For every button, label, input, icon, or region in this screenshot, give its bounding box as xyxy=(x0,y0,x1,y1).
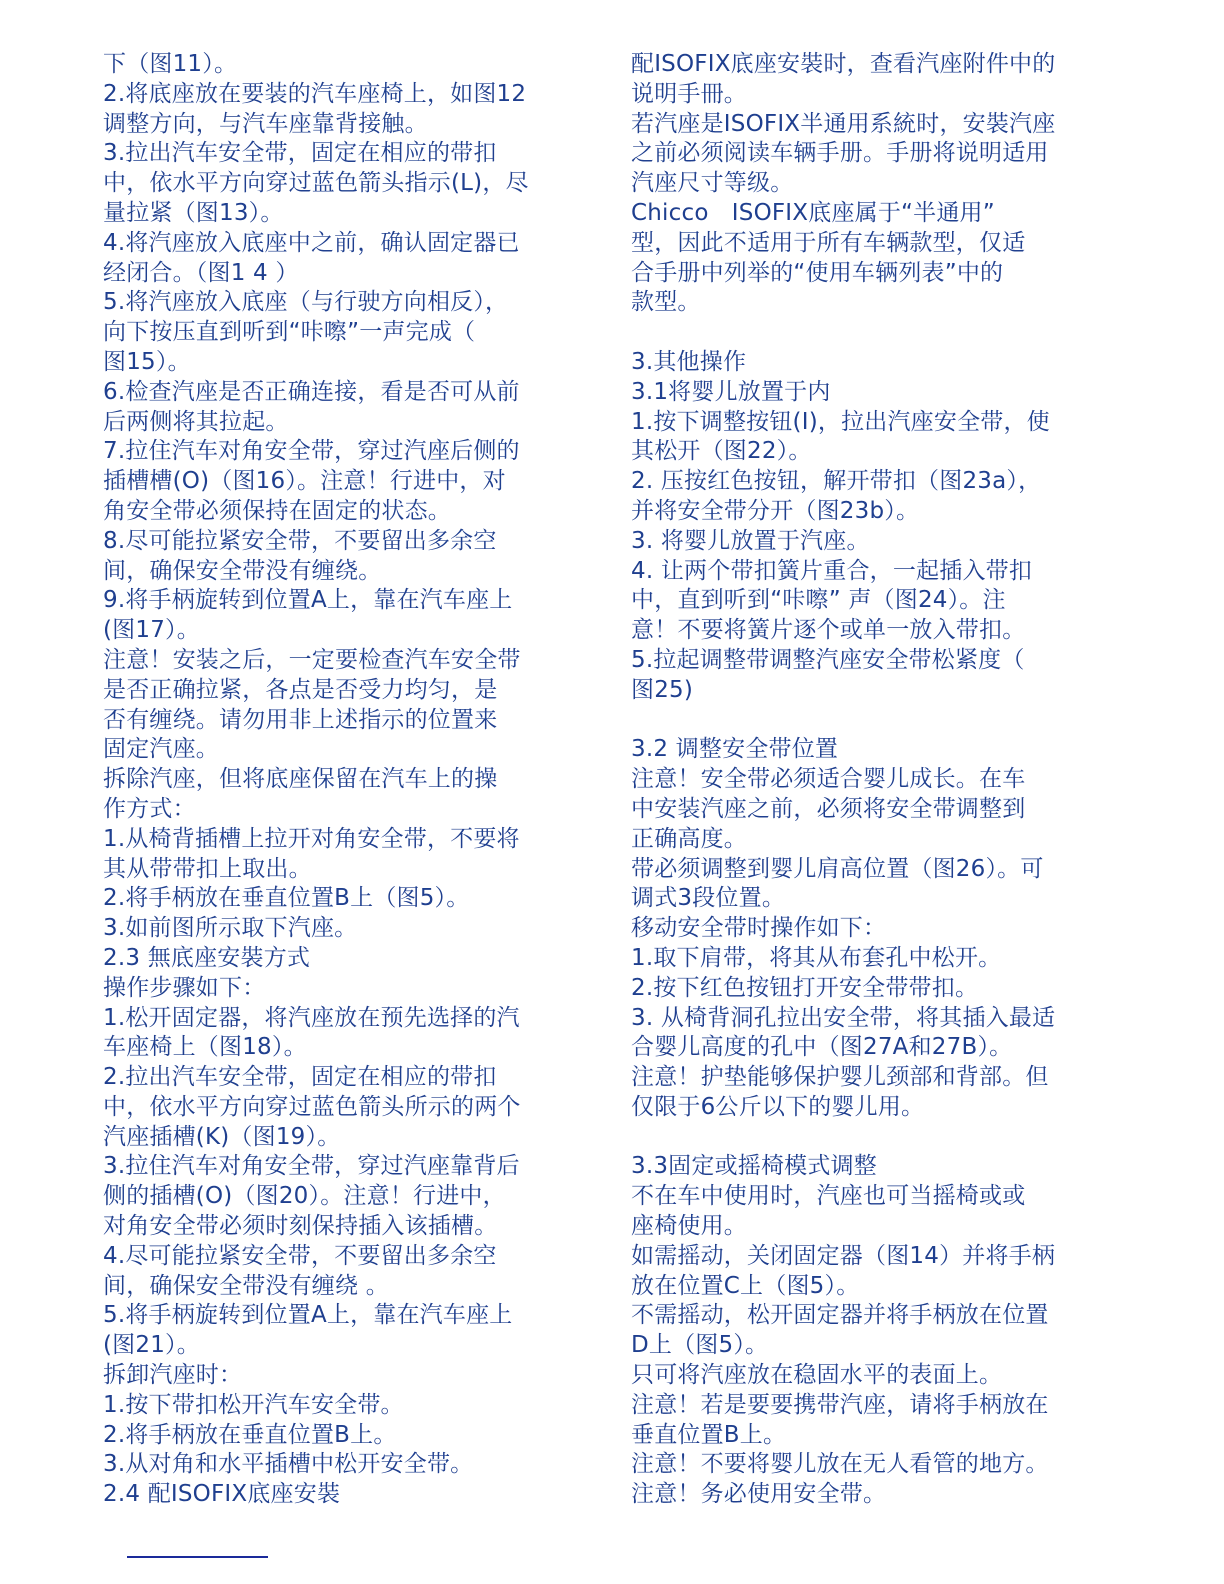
text-line: 角安全带必须保持在固定的状态。 xyxy=(103,497,583,527)
text-line: 合手册中列举的“使用车辆列表”中的 xyxy=(631,259,1116,289)
text-line: 5.拉起调整带调整汽座安全带松紧度（ xyxy=(631,646,1116,676)
text-line: 经闭合。（图1 4 ） xyxy=(103,259,583,289)
text-line: 3.如前图所示取下汽座。 xyxy=(103,914,583,944)
text-line: 其松开（图22）。 xyxy=(631,437,1116,467)
text-line: 中，依水平方向穿过蓝色箭头所示的两个 xyxy=(103,1093,583,1123)
text-line: 不需摇动，松开固定器并将手柄放在位置 xyxy=(631,1301,1116,1331)
text-line: 2.将手柄放在垂直位置B上（图5）。 xyxy=(103,884,583,914)
text-line: 6.检查汽座是否正确连接，看是否可从前 xyxy=(103,378,583,408)
text-line: 3. 将婴儿放置于汽座。 xyxy=(631,527,1116,557)
paragraph-spacer xyxy=(631,706,1116,736)
text-line: 型，因此不适用于所有车辆款型，仅适 xyxy=(631,229,1116,259)
text-line: 3.1将婴儿放置于内 xyxy=(631,378,1116,408)
text-line: 注意！务必使用安全带。 xyxy=(631,1480,1116,1510)
text-line: Chicco ISOFIX底座属于“半通用” xyxy=(631,199,1116,229)
text-line: 固定汽座。 xyxy=(103,735,583,765)
text-line: 座椅使用。 xyxy=(631,1212,1116,1242)
text-line: 1.取下肩带，将其从布套孔中松开。 xyxy=(631,944,1116,974)
text-line: 注意！安装之后，一定要检查汽车安全带 xyxy=(103,646,583,676)
text-line: 1.松开固定器，将汽座放在预先选择的汽 xyxy=(103,1004,583,1034)
text-line: 汽座尺寸等级。 xyxy=(631,169,1116,199)
text-line: 作方式： xyxy=(103,795,583,825)
text-line: 2.将手柄放在垂直位置B上。 xyxy=(103,1421,583,1451)
text-line: 垂直位置B上。 xyxy=(631,1421,1116,1451)
paragraph-spacer xyxy=(631,318,1116,348)
text-line: 3.从对角和水平插槽中松开安全带。 xyxy=(103,1450,583,1480)
text-line: 9.将手柄旋转到位置A上，靠在汽车座上 xyxy=(103,586,583,616)
text-line: 插槽槽(O)（图16）。注意！行进中，对 xyxy=(103,467,583,497)
text-line: 侧的插槽(O)（图20）。注意！行进中， xyxy=(103,1182,583,1212)
text-line: 2.按下红色按钮打开安全带带扣。 xyxy=(631,974,1116,1004)
text-line: 合婴儿高度的孔中（图27A和27B）。 xyxy=(631,1033,1116,1063)
text-line: 车座椅上（图18）。 xyxy=(103,1033,583,1063)
text-line: (图21）。 xyxy=(103,1331,583,1361)
text-line: 2.将底座放在要装的汽车座椅上，如图12 xyxy=(103,80,583,110)
text-line: 注意！安全带必须适合婴儿成长。在车 xyxy=(631,765,1116,795)
text-line: 1.按下调整按钮(I)，拉出汽座安全带，使 xyxy=(631,408,1116,438)
text-line: 调式3段位置。 xyxy=(631,884,1116,914)
left-column: 下（图11）。2.将底座放在要装的汽车座椅上，如图12调整方向，与汽车座靠背接触… xyxy=(103,50,583,1510)
text-line: (图17）。 xyxy=(103,616,583,646)
text-line: D上（图5）。 xyxy=(631,1331,1116,1361)
text-line: 仅限于6公斤以下的婴儿用。 xyxy=(631,1093,1116,1123)
text-line: 向下按压直到听到“咔嚓”一声完成（ xyxy=(103,318,583,348)
text-line: 7.拉住汽车对角安全带，穿过汽座后侧的 xyxy=(103,437,583,467)
text-line: 说明手冊。 xyxy=(631,80,1116,110)
text-line: 只可将汽座放在稳固水平的表面上。 xyxy=(631,1361,1116,1391)
text-line: 放在位置C上（图5）。 xyxy=(631,1272,1116,1302)
text-line: 图15）。 xyxy=(103,348,583,378)
text-line: 配ISOFIX底座安裝时，查看汽座附件中的 xyxy=(631,50,1116,80)
text-line: 注意！不要将婴儿放在无人看管的地方。 xyxy=(631,1450,1116,1480)
text-line: 其从带带扣上取出。 xyxy=(103,855,583,885)
text-line: 中，直到听到“咔嚓” 声（图24）。注 xyxy=(631,586,1116,616)
text-line: 对角安全带必须时刻保持插入该插槽。 xyxy=(103,1212,583,1242)
text-line: 4.将汽座放入底座中之前，确认固定器已 xyxy=(103,229,583,259)
text-line: 拆卸汽座时： xyxy=(103,1361,583,1391)
text-line: 3.拉住汽车对角安全带，穿过汽座靠背后 xyxy=(103,1152,583,1182)
text-line: 如需摇动，关闭固定器（图14）并将手柄 xyxy=(631,1242,1116,1272)
text-line: 间，确保安全带没有缠绕 。 xyxy=(103,1272,583,1302)
text-line: 带必须调整到婴儿肩高位置（图26）。可 xyxy=(631,855,1116,885)
text-line: 汽座插槽(K)（图19）。 xyxy=(103,1123,583,1153)
right-column: 配ISOFIX底座安裝时，查看汽座附件中的说明手冊。若汽座是ISOFIX半通用系… xyxy=(631,50,1116,1510)
text-line: 否有缠绕。请勿用非上述指示的位置来 xyxy=(103,706,583,736)
text-line: 3.3固定或摇椅模式调整 xyxy=(631,1152,1116,1182)
text-line: 之前必须阅读车辆手册。手册将说明适用 xyxy=(631,139,1116,169)
text-line: 5.将手柄旋转到位置A上，靠在汽车座上 xyxy=(103,1301,583,1331)
text-line: 不在车中使用时，汽座也可当摇椅或或 xyxy=(631,1182,1116,1212)
text-line: 意！不要将簧片逐个或单一放入带扣。 xyxy=(631,616,1116,646)
text-line: 3.2 调整安全带位置 xyxy=(631,735,1116,765)
text-line: 3.其他操作 xyxy=(631,348,1116,378)
text-line: 4. 让两个带扣簧片重合，一起插入带扣 xyxy=(631,557,1116,587)
text-line: 调整方向，与汽车座靠背接触。 xyxy=(103,110,583,140)
text-line: 正确高度。 xyxy=(631,825,1116,855)
text-line: 1.从椅背插槽上拉开对角安全带，不要将 xyxy=(103,825,583,855)
text-line: 4.尽可能拉紧安全带，不要留出多余空 xyxy=(103,1242,583,1272)
text-line: 若汽座是ISOFIX半通用系統时，安裝汽座 xyxy=(631,110,1116,140)
footnote-divider xyxy=(127,1556,268,1558)
text-line: 图25) xyxy=(631,676,1116,706)
text-line: 2. 压按红色按钮，解开带扣（图23a）， xyxy=(631,467,1116,497)
text-line: 5.将汽座放入底座（与行驶方向相反）， xyxy=(103,288,583,318)
text-line: 下（图11）。 xyxy=(103,50,583,80)
text-line: 并将安全带分开（图23b）。 xyxy=(631,497,1116,527)
text-line: 中，依水平方向穿过蓝色箭头指示(L)，尽 xyxy=(103,169,583,199)
text-line: 3.拉出汽车安全带，固定在相应的带扣 xyxy=(103,139,583,169)
text-line: 款型。 xyxy=(631,288,1116,318)
text-line: 拆除汽座，但将底座保留在汽车上的操 xyxy=(103,765,583,795)
text-line: 注意！若是要要携带汽座，请将手柄放在 xyxy=(631,1391,1116,1421)
text-line: 2.拉出汽车安全带，固定在相应的带扣 xyxy=(103,1063,583,1093)
text-line: 移动安全带时操作如下： xyxy=(631,914,1116,944)
text-line: 8.尽可能拉紧安全带，不要留出多余空 xyxy=(103,527,583,557)
text-line: 中安装汽座之前，必须将安全带调整到 xyxy=(631,795,1116,825)
text-line: 操作步骤如下： xyxy=(103,974,583,1004)
text-line: 后两侧将其拉起。 xyxy=(103,408,583,438)
text-line: 2.3 無底座安裝方式 xyxy=(103,944,583,974)
text-line: 注意！护垫能够保护婴儿颈部和背部。但 xyxy=(631,1063,1116,1093)
text-line: 1.按下带扣松开汽车安全带。 xyxy=(103,1391,583,1421)
text-line: 是否正确拉紧，各点是否受力均匀，是 xyxy=(103,676,583,706)
text-line: 3. 从椅背洞孔拉出安全带，将其插入最适 xyxy=(631,1004,1116,1034)
text-line: 2.4 配ISOFIX底座安裝 xyxy=(103,1480,583,1510)
text-line: 量拉紧（图13）。 xyxy=(103,199,583,229)
paragraph-spacer xyxy=(631,1123,1116,1153)
text-line: 间，确保安全带没有缠绕。 xyxy=(103,557,583,587)
